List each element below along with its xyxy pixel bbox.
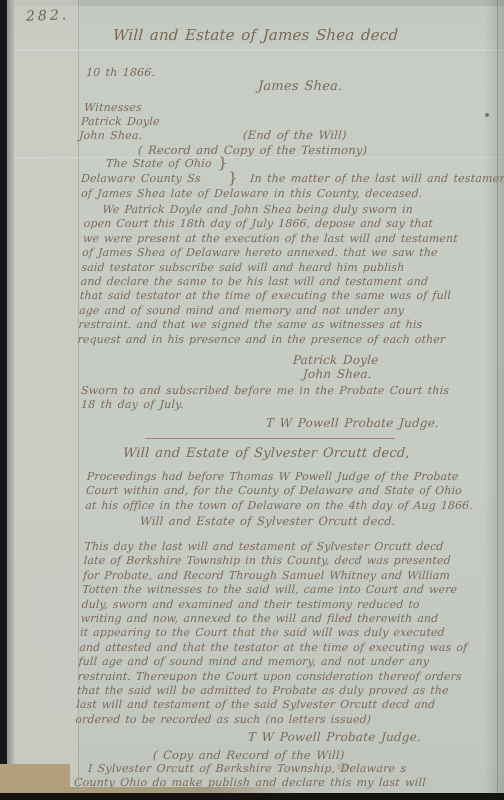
order-line: duly, sworn and examined and their testi…: [81, 598, 470, 612]
proceedings-paragraph: Proceedings had before Thomas W Powell J…: [85, 470, 475, 513]
page-edge-line: [497, 0, 498, 800]
venue-state: The State of Ohio: [106, 157, 212, 170]
page-number: 282.: [26, 7, 70, 24]
section-divider-rule: [145, 438, 395, 439]
end-of-will-note: (End of the Will): [243, 128, 347, 142]
decedent-name: James Shea.: [258, 79, 343, 94]
matter-line: In the matter of the last will and testa…: [250, 172, 504, 185]
witness-signature: Patrick Doyle: [293, 353, 379, 367]
entry-title-shea: Will and Estate of James Shea decd: [113, 26, 399, 44]
jurat-line: Sworn to and subscribed before me in the…: [81, 384, 450, 397]
bottom-shadow-band: [0, 793, 504, 800]
order-line: ordered to be recorded as such (no lette…: [75, 713, 464, 727]
judge-signature: T W Powell Probate Judge.: [266, 416, 440, 430]
order-line: This day the last will and testament of …: [84, 540, 473, 554]
entry-title-orcutt: Will and Estate of Sylvester Orcutt decd…: [123, 446, 411, 461]
order-line: and attested and that the testator at th…: [79, 641, 468, 655]
matter-line: of James Shea late of Delaware in this C…: [81, 187, 423, 200]
date-line: 10 th 1866.: [86, 66, 156, 79]
deposition-line: and declare the same to be his last will…: [80, 275, 456, 289]
order-line: for Probate, and Record Through Samuel W…: [83, 569, 472, 583]
proceedings-line: Proceedings had before Thomas W Powell J…: [86, 470, 474, 484]
proceedings-line: at his office in the town of Delaware on…: [85, 499, 473, 513]
order-line: writing and now, annexed to the will and…: [80, 612, 469, 626]
left-margin-column: [14, 0, 78, 800]
deposition-paragraph: We Patrick Doyle and John Shea being dul…: [77, 203, 459, 347]
order-line: that the said will be admitted to Probat…: [77, 684, 466, 698]
will-opening-line: I Sylvester Orcutt of Berkshire Township…: [88, 762, 407, 775]
witness-name: Patrick Doyle: [81, 115, 160, 128]
binding-edge-highlight: [7, 0, 14, 800]
order-line: Totten the witnesses to the said will, c…: [82, 583, 471, 597]
deposition-line: request and in his presence and in the p…: [77, 333, 453, 347]
judge-signature: T W Powell Probate Judge.: [248, 730, 422, 744]
copy-record-note: ( Copy and Record of the Will): [153, 748, 345, 762]
witness-signature: John Shea.: [303, 367, 373, 381]
ledger-page-photo: 282. Will and Estate of James Shea decd …: [0, 0, 504, 800]
witnesses-label: Witnesses: [84, 101, 143, 114]
brace-glyph: }: [218, 154, 229, 172]
deposition-line: restraint. and that we signed the same a…: [78, 318, 454, 332]
venue-county: Delaware County Ss: [81, 172, 201, 185]
deposition-line: We Patrick Doyle and John Shea being dul…: [84, 203, 460, 217]
witness-name: John Shea.: [79, 129, 143, 142]
deposition-line: said testator subscribe said will and he…: [81, 261, 457, 275]
entry-subtitle-orcutt: Will and Estate of Sylvester Orcutt decd…: [140, 514, 396, 528]
page-edge-right: [484, 0, 504, 800]
order-line: it appearing to the Court that the said …: [80, 626, 469, 640]
order-line: last will and testament of the said Sylv…: [76, 698, 465, 712]
proceedings-line: Court within and, for the County of Dela…: [86, 484, 474, 498]
binding-edge: [0, 0, 7, 800]
deposition-line: open Court this 18th day of July 1866, d…: [83, 217, 459, 231]
record-copy-note: ( Record and Copy of the Testimony): [138, 143, 368, 157]
order-line: full age and of sound mind and memory, a…: [78, 655, 467, 669]
jurat-line: 18 th day of July.: [81, 398, 185, 411]
crease-line: [7, 50, 504, 52]
deposition-line: we were present at the execution of the …: [83, 232, 459, 246]
deposition-line: age and of sound mind and memory and not…: [79, 304, 455, 318]
top-edge-shadow: [7, 0, 504, 6]
brace-glyph: }: [228, 169, 239, 187]
ink-stain: [485, 113, 489, 117]
probate-order-paragraph: This day the last will and testament of …: [75, 540, 473, 727]
deposition-line: of James Shea of Delaware hereto annexed…: [82, 246, 458, 260]
order-line: late of Berkshire Township in this Count…: [83, 554, 472, 568]
order-line: restraint. Thereupon the Court upon cons…: [77, 670, 466, 684]
crease-line: [7, 157, 504, 158]
deposition-line: that said testator at the time of execut…: [79, 289, 455, 303]
